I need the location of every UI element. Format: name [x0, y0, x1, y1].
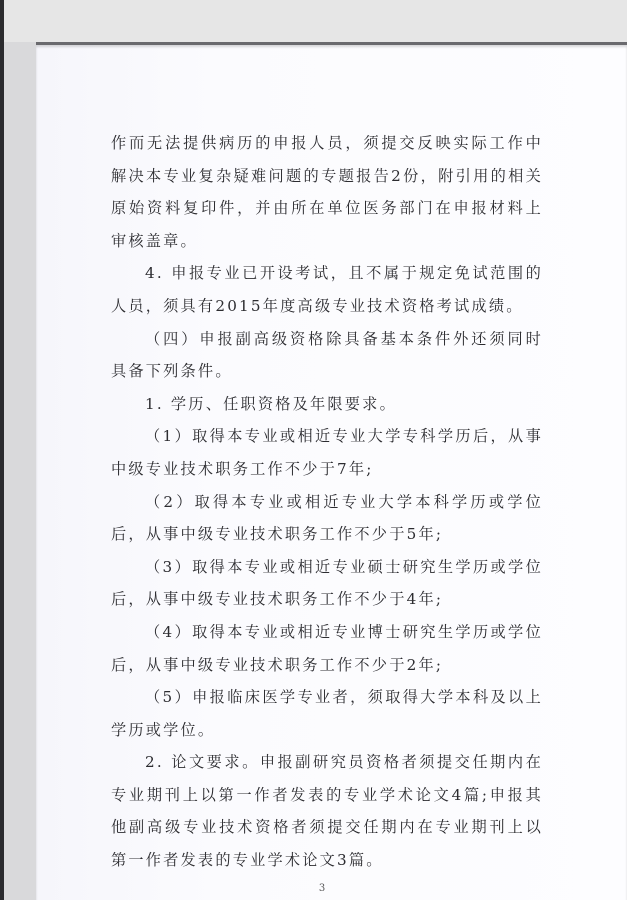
scanner-margin — [4, 42, 36, 900]
page-number: 3 — [312, 883, 332, 894]
paragraph-subitem-2: （2）取得本专业或相近专业大学本科学历或学位后，从事中级专业技术职务工作不少于5… — [111, 486, 543, 551]
paragraph-subitem-3: （3）取得本专业或相近专业硕士研究生学历或学位后，从事中级专业技术职务工作不少于… — [111, 551, 543, 616]
paragraph-item-2: 2. 论文要求。申报副研究员资格者须提交任期内在专业期刊上以第一作者发表的专业学… — [111, 746, 543, 876]
paragraph-section-4: （四）申报副高级资格除具备基本条件外还须同时具备下列条件。 — [111, 323, 543, 388]
paragraph-subitem-5: （5）申报临床医学专业者，须取得大学本科及以上学历或学位。 — [111, 681, 543, 746]
paragraph-subitem-1: （1）取得本专业或相近专业大学专科学历后，从事中级专业技术职务工作不少于7年; — [111, 420, 543, 485]
document-body: 作而无法提供病历的申报人员，须提交反映实际工作中解决本专业复杂疑难问题的专题报告… — [111, 127, 543, 877]
paragraph-continuation: 作而无法提供病历的申报人员，须提交反映实际工作中解决本专业复杂疑难问题的专题报告… — [111, 127, 543, 257]
paragraph-item-4: 4. 申报专业已开设考试，且不属于规定免试范围的人员，须具有2015年度高级专业… — [111, 257, 543, 322]
scanner-background — [4, 0, 627, 42]
paragraph-subitem-4: （4）取得本专业或相近专业博士研究生学历或学位后，从事中级专业技术职务工作不少于… — [111, 616, 543, 681]
paragraph-item-1: 1. 学历、任职资格及年限要求。 — [111, 388, 543, 421]
document-page: 作而无法提供病历的申报人员，须提交反映实际工作中解决本专业复杂疑难问题的专题报告… — [36, 42, 627, 900]
